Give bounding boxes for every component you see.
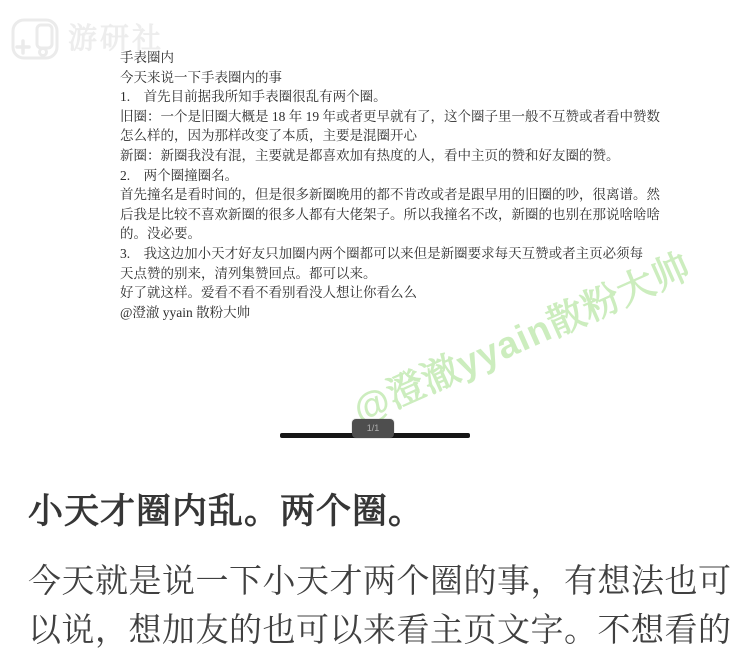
caption-body: 今天就是说一下小天才两个圈的事，有想法也可 以说，想加友的也可以来看主页文字。不…: [28, 556, 732, 654]
caption-body-line: 今天就是说一下小天才两个圈的事，有想法也可: [28, 556, 732, 605]
document-line: 3. 我这边加小天才好友只加圈内两个圈都可以来但是新圈要求每天互赞或者主页必须每: [120, 244, 660, 264]
document-line: 旧圈：一个是旧圈大概是 18 年 19 年或者更早就有了，这个圈子里一般不互赞或…: [120, 107, 660, 127]
document-line: 今天来说一下手表圈内的事: [120, 68, 660, 88]
document-line: 新圈：新圈我没有混，主要就是都喜欢加有热度的人，看中主页的赞和好友圈的赞。: [120, 146, 660, 166]
gamepad-icon: [10, 14, 62, 62]
document-line: 的。没必要。: [120, 224, 660, 244]
document-line: 手表圈内: [120, 48, 660, 68]
document-line: 后我是比较不喜欢新圈的很多人都有大佬架子。所以我撞名不改，新圈的也别在那说啥啥啥: [120, 205, 660, 225]
caption-heading: 小天才圈内乱。两个圈。: [28, 484, 424, 534]
caption-body-line: 以说，想加友的也可以来看主页文字。不想看的: [28, 605, 732, 654]
document-line: 怎么样的，因为那样改变了本质，主要是混圈开心: [120, 126, 660, 146]
document-line: 2. 两个圈撞圈名。: [120, 166, 660, 186]
page-indicator-badge: 1/1: [352, 419, 394, 438]
document-line: 首先撞名是看时间的，但是很多新圈晚用的都不肯改或者是跟早用的旧圈的吵，很离谱。然: [120, 185, 660, 205]
document-line: 1. 首先目前据我所知手表圈很乱有两个圈。: [120, 87, 660, 107]
